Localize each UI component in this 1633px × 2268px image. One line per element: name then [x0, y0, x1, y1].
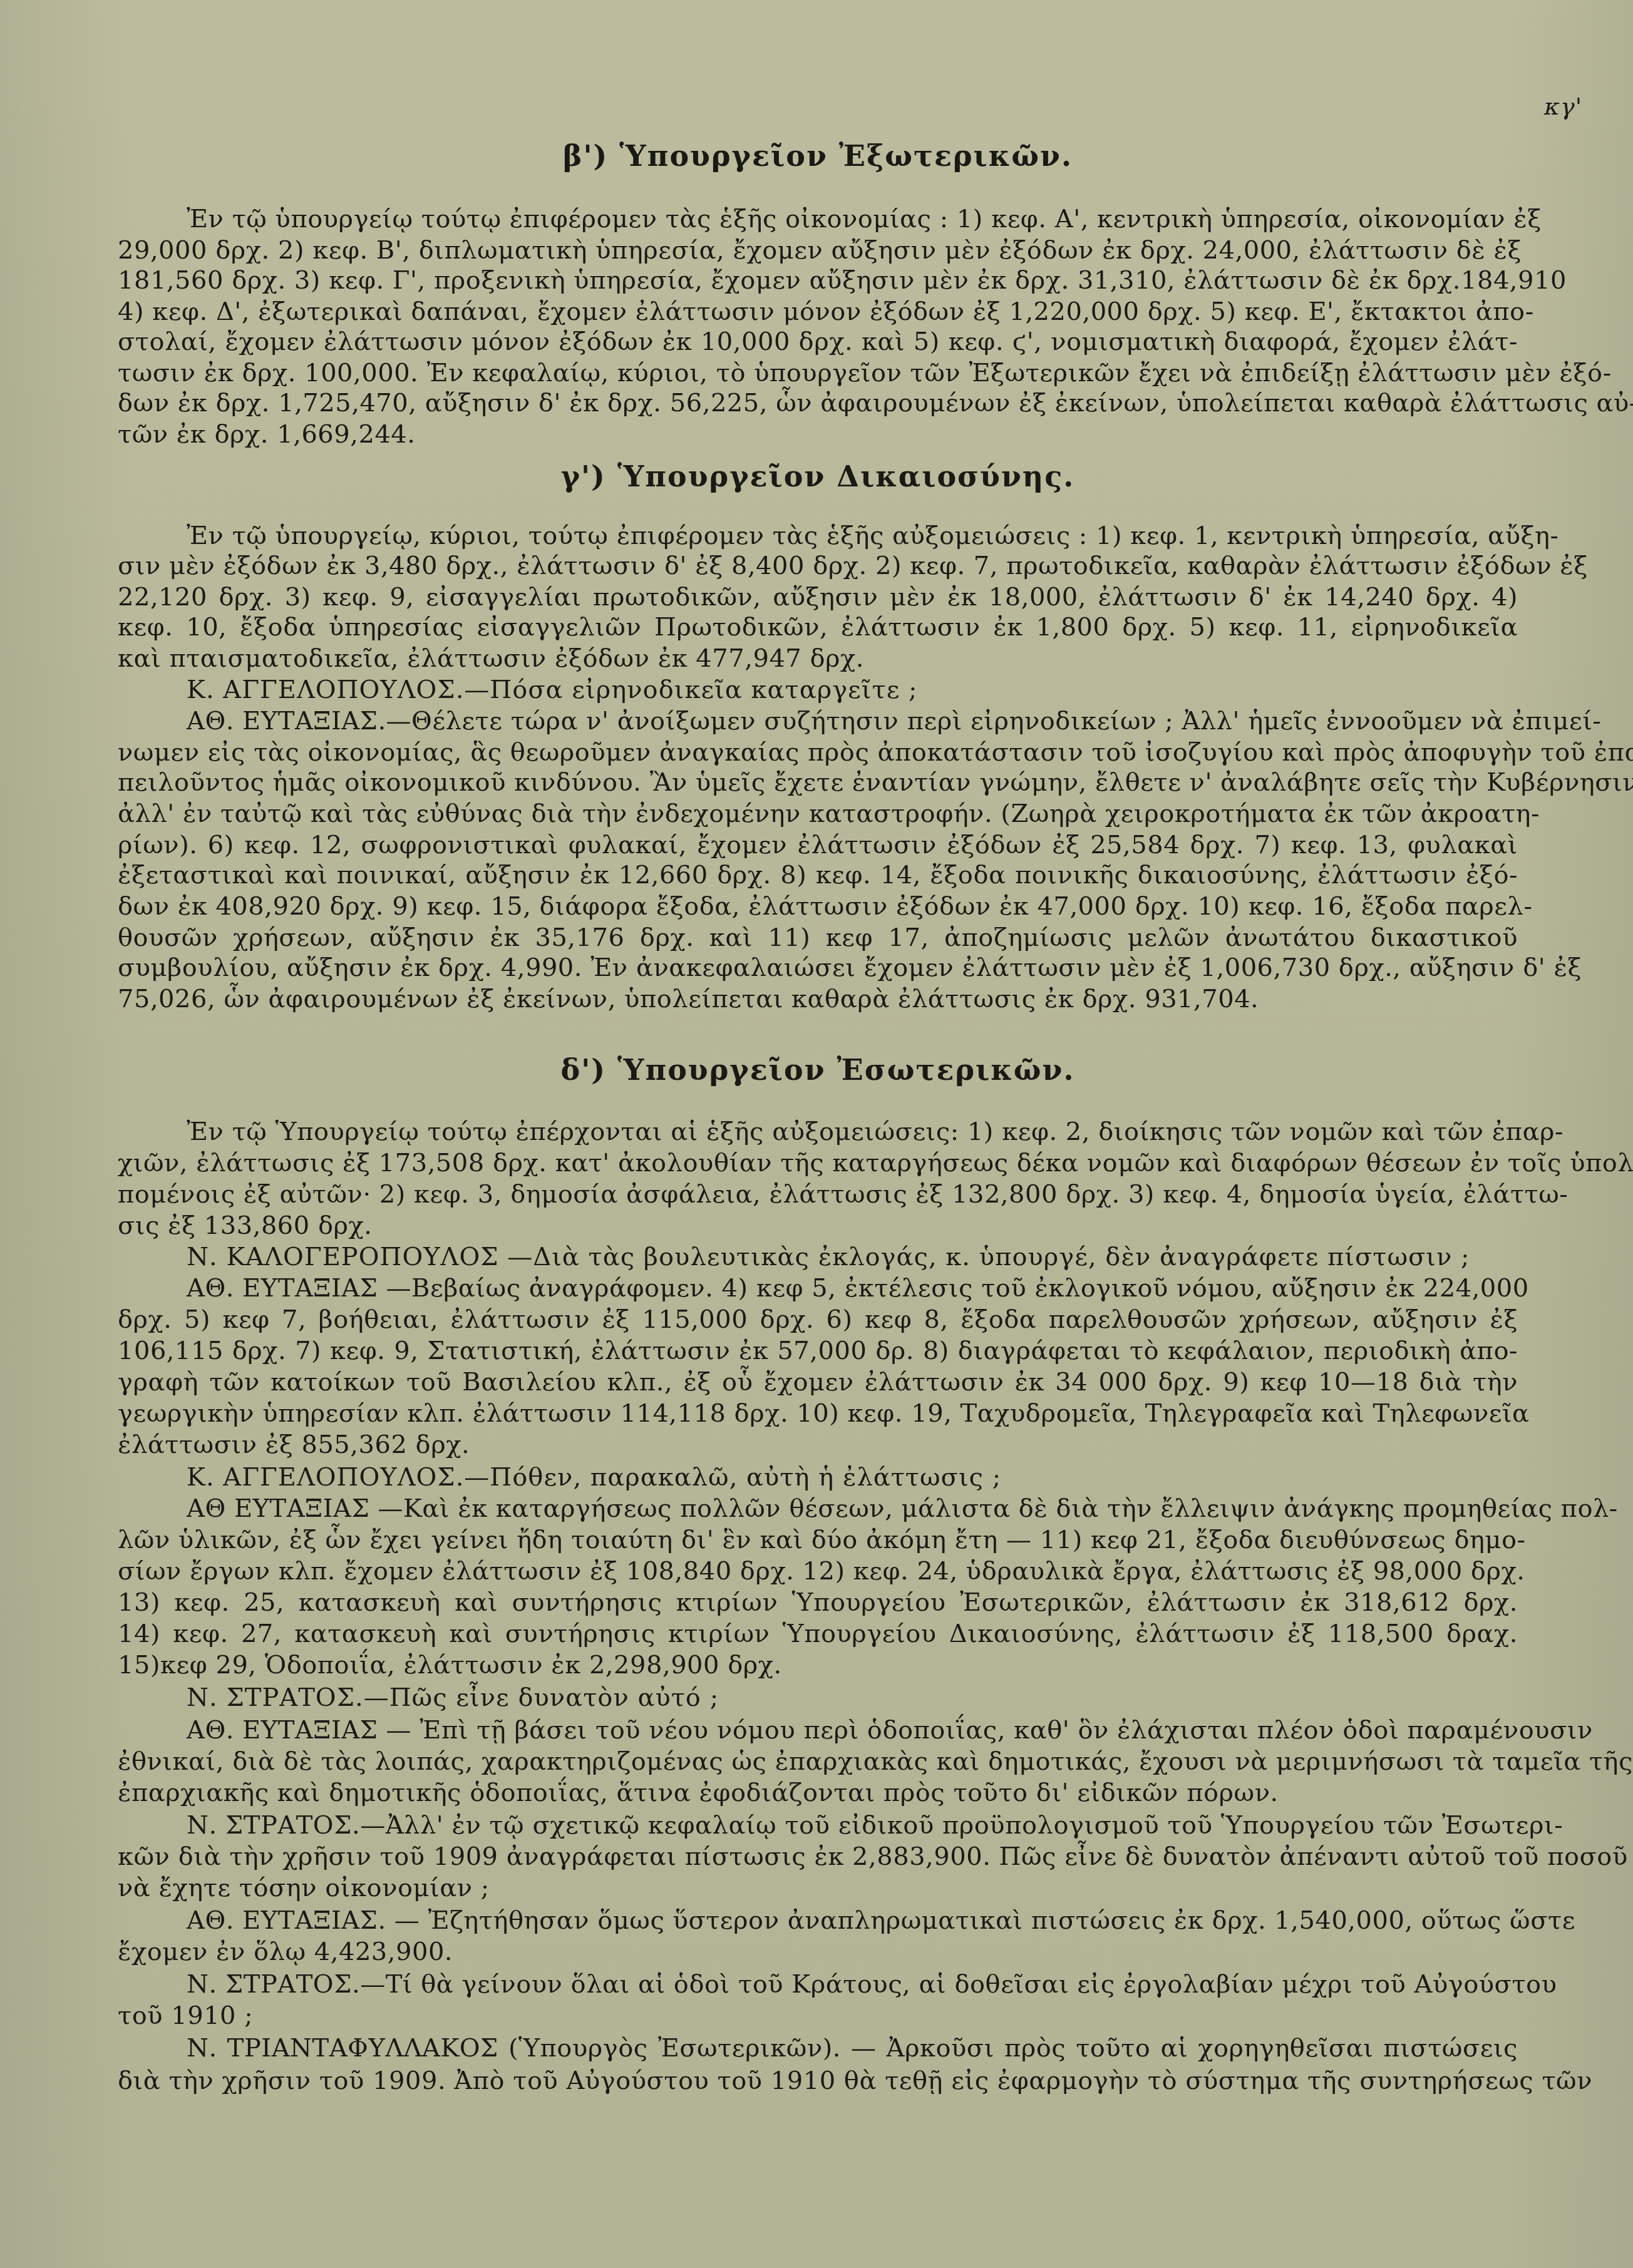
text-line: Ἐν τῷ ὑπουργείῳ τούτῳ ἐπιφέρομεν τὰς ἑξῆ… [187, 204, 1518, 234]
text-line: πειλοῦντος ἡμᾶς οἰκονομικοῦ κινδύνου. Ἂν… [118, 767, 1518, 798]
speaker-line: ΑΘ ΕΥΤΑΞΙΑΣ —Καὶ ἐκ καταργήσεως πολλῶν θ… [187, 1494, 1518, 1524]
text-line: Ἐν τῷ Ὑπουργείῳ τούτῳ ἐπέρχονται αἱ ἑξῆς… [187, 1117, 1518, 1147]
speaker-line: Ν. ΤΡΙΑΝΤΑΦΥΛΛΑΚΟΣ (Ὑπουργὸς Ἐσωτερικῶν)… [187, 2033, 1518, 2063]
text-line: 13) κεφ. 25, κατασκευὴ καὶ συντήρησις κτ… [118, 1588, 1518, 1618]
text-line: πομένοις ἐξ αὐτῶν· 2) κεφ. 3, δημοσία ἀσ… [118, 1179, 1518, 1209]
text-line: ἐλάττωσιν ἐξ 855,362 δρχ. [118, 1430, 1518, 1460]
speaker-line: Κ. ΑΓΓΕΛΟΠΟΥΛΟΣ.—Πόθεν, παρακαλῶ, αὐτὴ ἡ… [187, 1462, 1518, 1492]
text-line: ἀλλ' ἐν ταὐτῷ καὶ τὰς εὐθύνας διὰ τὴν ἐν… [118, 799, 1518, 829]
text-line: ἐπαρχιακῆς καὶ δημοτικῆς ὁδοποιΐας, ἅτιν… [118, 1778, 1518, 1808]
text-line: ρίων). 6) κεφ. 12, σωφρονιστικαὶ φυλακαί… [118, 830, 1518, 860]
section-title-foreign-affairs: β') Ὑπουργεῖον Ἐξωτερικῶν. [118, 139, 1518, 173]
text-line: ἔχομεν ἐν ὅλῳ 4,423,900. [118, 1937, 1518, 1967]
speaker-line: Κ. ΑΓΓΕΛΟΠΟΥΛΟΣ.—Πόσα εἰρηνοδικεῖα καταρ… [187, 675, 1518, 705]
text-line: τοῦ 1910 ; [118, 2001, 1518, 2031]
text-line: θουσῶν χρήσεων, αὔξησιν ἐκ 35,176 δρχ. κ… [118, 923, 1518, 953]
text-line: καὶ πταισματοδικεῖα, ἐλάττωσιν ἐξόδων ἐκ… [118, 644, 1518, 674]
speaker-line: ΑΘ. ΕΥΤΑΞΙΑΣ. — Ἐζητήθησαν ὅμως ὕστερον … [187, 1906, 1518, 1936]
text-line: σιν μὲν ἐξόδων ἐκ 3,480 δρχ., ἐλάττωσιν … [118, 551, 1518, 581]
text-line: 106,115 δρχ. 7) κεφ. 9, Στατιστική, ἐλάτ… [118, 1336, 1518, 1366]
text-line: Ἐν τῷ ὑπουργείῳ, κύριοι, τούτῳ ἐπιφέρομε… [187, 521, 1518, 551]
page-number: κγ' [1544, 93, 1582, 120]
text-line: γραφὴ τῶν κατοίκων τοῦ Βασιλείου κλπ., ἐ… [118, 1367, 1518, 1397]
speaker-line: ΑΘ. ΕΥΤΑΞΙΑΣ.—Θέλετε τώρα ν' ἀνοίξωμεν σ… [187, 706, 1518, 736]
text-line: διὰ τὴν χρῆσιν τοῦ 1909. Ἀπὸ τοῦ Αὐγούστ… [118, 2066, 1518, 2096]
text-line: νωμεν εἰς τὰς οἰκονομίας, ἃς θεωροῦμεν ἀ… [118, 737, 1518, 767]
text-line: χιῶν, ἐλάττωσις ἐξ 173,508 δρχ. κατ' ἀκο… [118, 1148, 1518, 1178]
text-line: δων ἐκ 408,920 δρχ. 9) κεφ. 15, διάφορα … [118, 891, 1518, 921]
text-line: 22,120 δρχ. 3) κεφ. 9, εἰσαγγελίαι πρωτο… [118, 582, 1518, 612]
section-title-justice: γ') Ὑπουργεῖον Δικαιοσύνης. [118, 459, 1518, 493]
text-line: συμβουλίου, αὔξησιν ἐκ δρχ. 4,990. Ἐν ἀν… [118, 953, 1518, 983]
text-line: 14) κεφ. 27, κατασκευὴ καὶ συντήρησις κτ… [118, 1619, 1518, 1649]
text-line: ἐξεταστικαὶ καὶ ποινικαί, αὔξησιν ἐκ 12,… [118, 860, 1518, 890]
text-line: σις ἐξ 133,860 δρχ. [118, 1211, 1518, 1241]
text-line: ἐθνικαί, διὰ δὲ τὰς λοιπάς, χαρακτηριζομ… [118, 1747, 1518, 1777]
section-title-interior: δ') Ὑπουργεῖον Ἐσωτερικῶν. [118, 1053, 1518, 1087]
text-line: σίων ἔργων κλπ. ἔχομεν ἐλάττωσιν ἐξ 108,… [118, 1556, 1518, 1586]
text-line: 181,560 δρχ. 3) κεφ. Γ', προξενικὴ ὑπηρε… [118, 265, 1518, 295]
text-line: κῶν διὰ τὴν χρῆσιν τοῦ 1909 ἀναγράφεται … [118, 1842, 1518, 1872]
text-line: τῶν ἐκ δρχ. 1,669,244. [118, 419, 1518, 449]
speaker-line: ΑΘ. ΕΥΤΑΞΙΑΣ — Ἐπὶ τῇ βάσει τοῦ νέου νόμ… [187, 1715, 1518, 1745]
speaker-line: Ν. ΣΤΡΑΤΟΣ.—Πῶς εἶνε δυνατὸν αὐτό ; [187, 1683, 1518, 1713]
text-line: λῶν ὑλικῶν, ἐξ ὧν ἔχει γείνει ἤδη τοιαύτ… [118, 1525, 1518, 1555]
text-line: 29,000 δρχ. 2) κεφ. Β', διπλωματικὴ ὑπηρ… [118, 235, 1518, 265]
speaker-line: Ν. ΣΤΡΑΤΟΣ.—Ἀλλ' ἐν τῷ σχετικῷ κεφαλαίῳ … [187, 1810, 1518, 1840]
text-line: γεωργικὴν ὑπηρεσίαν κλπ. ἐλάττωσιν 114,1… [118, 1398, 1518, 1429]
text-line: δρχ. 5) κεφ 7, βοήθειαι, ἐλάττωσιν ἐξ 11… [118, 1305, 1518, 1335]
text-line: κεφ. 10, ἔξοδα ὑπηρεσίας εἰσαγγελιῶν Πρω… [118, 612, 1518, 642]
text-line: στολαί, ἔχομεν ἐλάττωσιν μόνον ἐξόδων ἐκ… [118, 327, 1518, 357]
text-line: 4) κεφ. Δ', ἐξωτερικαὶ δαπάναι, ἔχομεν ἐ… [118, 297, 1518, 327]
text-line: νὰ ἔχητε τόσην οἰκονομίαν ; [118, 1873, 1518, 1903]
text-line: δων ἐκ δρχ. 1,725,470, αὔξησιν δ' ἐκ δρχ… [118, 388, 1518, 418]
text-line: 75,026, ὧν ἀφαιρουμένων ἐξ ἐκείνων, ὑπολ… [118, 984, 1518, 1014]
text-line: τωσιν ἐκ δρχ. 100,000. Ἐν κεφαλαίῳ, κύρι… [118, 358, 1518, 388]
speaker-line: Ν. ΣΤΡΑΤΟΣ.—Τί θὰ γείνουν ὅλαι αἱ ὁδοὶ τ… [187, 1969, 1518, 1999]
speaker-line: ΑΘ. ΕΥΤΑΞΙΑΣ —Βεβαίως ἀναγράφομεν. 4) κε… [187, 1273, 1518, 1303]
text-line: 15)κεφ 29, Ὁδοποιΐα, ἐλάττωσιν ἐκ 2,298,… [118, 1650, 1518, 1680]
speaker-line: Ν. ΚΑΛΟΓΕΡΟΠΟΥΛΟΣ —Διὰ τὰς βουλευτικὰς ἐ… [187, 1242, 1518, 1272]
